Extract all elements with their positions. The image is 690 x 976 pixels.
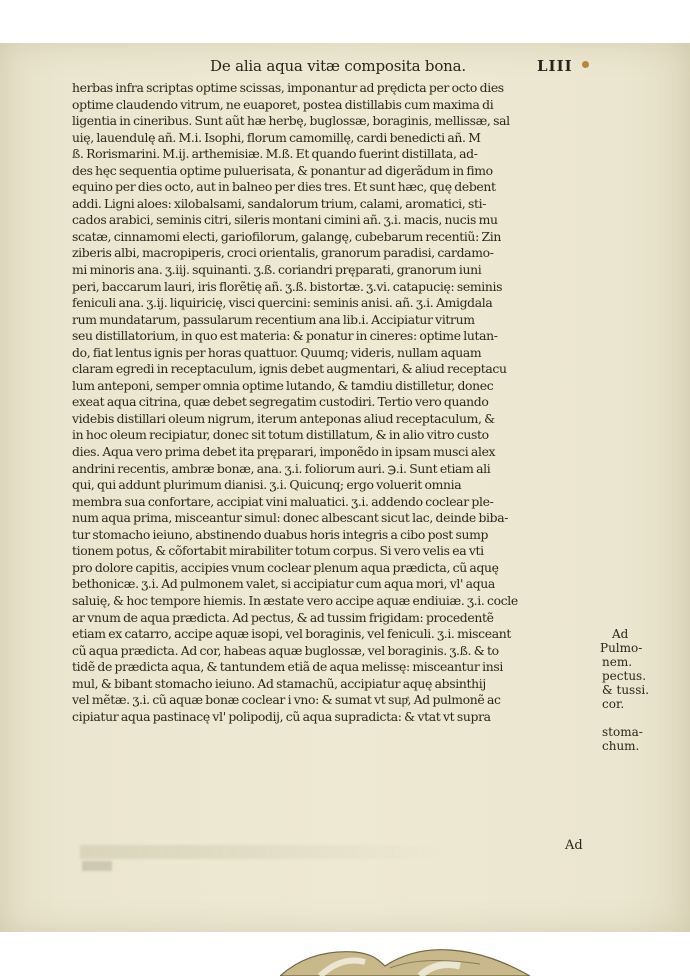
text-line: lum anteponi, semper omnia optime lutand… xyxy=(72,378,600,395)
margin-note: chum. xyxy=(600,739,680,753)
text-line: etiam ex catarro, accipe aquæ isopi, vel… xyxy=(72,626,600,643)
text-line: addi. Ligni aloes: xilobalsami, sandalor… xyxy=(72,196,600,213)
text-line: des hęc sequentia optime puluerisata, & … xyxy=(72,163,600,180)
page-header: De alia aqua vitæ composita bona. LIII xyxy=(0,57,690,77)
text-line: tur stomacho ieiuno, abstinendo duabus h… xyxy=(72,527,600,544)
margin-note: stoma- xyxy=(600,725,680,739)
text-line: bethonicæ. ʒ.i. Ad pulmonem valet, si ac… xyxy=(72,576,600,593)
margin-note: nem. xyxy=(600,655,680,669)
main-text-block: herbas infra scriptas optime scissas, im… xyxy=(72,80,600,725)
margin-note: Pulmo- xyxy=(600,641,680,655)
show-through-text xyxy=(80,845,440,859)
text-line: qui, qui addunt plurimum dianisi. ʒ.i. Q… xyxy=(72,477,600,494)
text-line: videbis distillari oleum nigrum, iterum … xyxy=(72,411,600,428)
catchword: Ad xyxy=(565,838,583,853)
binding-clasp-icon xyxy=(280,948,530,976)
text-line: andrini recentis, ambræ bonæ, ana. ʒ.i. … xyxy=(72,461,600,478)
text-line: tionem potus, & cõfortabit mirabiliter t… xyxy=(72,543,600,560)
book-page: De alia aqua vitæ composita bona. LIII h… xyxy=(0,43,690,932)
text-line: claram egredi in receptaculum, ignis deb… xyxy=(72,361,600,378)
text-line: ziberis albi, macropiperis, croci orient… xyxy=(72,245,600,262)
text-line: feniculi ana. ʒ.ij. liquiricię, visci qu… xyxy=(72,295,600,312)
show-through-mark xyxy=(82,861,112,871)
text-line: peri, baccarum lauri, iris florẽtię añ. … xyxy=(72,279,600,296)
margin-note: cor. xyxy=(600,697,680,711)
text-line: ß. Rorismarini. M.ij. arthemisiæ. M.ß. E… xyxy=(72,146,600,163)
text-line: do, fiat lentus ignis per horas quattuor… xyxy=(72,345,600,362)
text-line: dies. Aqua vero prima debet ita pręparar… xyxy=(72,444,600,461)
folio-number: LIII xyxy=(537,57,573,75)
text-line: rum mundatarum, passularum recentium ana… xyxy=(72,312,600,329)
text-line: tidẽ de prædicta aqua, & tantundem etiã … xyxy=(72,659,600,676)
text-line: ar vnum de aqua prædicta. Ad pectus, & a… xyxy=(72,610,600,627)
text-line: seu distillatorium, in quo est materia: … xyxy=(72,328,600,345)
margin-note: pectus. xyxy=(600,669,680,683)
text-line: membra sua confortare, accipiat vini mal… xyxy=(72,494,600,511)
marginal-notes: AdPulmo-nem.pectus.& tussi.cor.stoma-chu… xyxy=(600,627,680,753)
text-line: cũ aqua prædicta. Ad cor, habeas aquæ bu… xyxy=(72,643,600,660)
text-line: exeat aqua citrina, quæ debet segregatim… xyxy=(72,394,600,411)
text-line: mul, & bibant stomacho ieiuno. Ad stamac… xyxy=(72,676,600,693)
text-line: equino per dies octo, aut in balneo per … xyxy=(72,179,600,196)
text-line: herbas infra scriptas optime scissas, im… xyxy=(72,80,600,97)
text-line: optime claudendo vitrum, ne euaporet, po… xyxy=(72,97,600,114)
text-line: in hoc oleum recipiatur, donec sit totum… xyxy=(72,427,600,444)
margin-note: & tussi. xyxy=(600,683,680,697)
text-line: saluię, & hoc tempore hiemis. In æstate … xyxy=(72,593,600,610)
text-line: vel mẽtæ. ʒ.i. cũ aquæ bonæ coclear i vn… xyxy=(72,692,600,709)
text-line: cados arabici, seminis citri, sileris mo… xyxy=(72,212,600,229)
text-line: ligentia in cineribus. Sunt aũt hæ herbę… xyxy=(72,113,600,130)
text-line: uię, lauendulę añ. M.i. Isophi, florum c… xyxy=(72,130,600,147)
running-title: De alia aqua vitæ composita bona. xyxy=(210,57,466,75)
text-line: scatæ, cinnamomi electi, gariofilorum, g… xyxy=(72,229,600,246)
text-line: mi minoris ana. ʒ.iij. squinanti. ʒ.ß. c… xyxy=(72,262,600,279)
margin-note: Ad xyxy=(600,627,680,641)
text-line: num aqua prima, misceantur simul: donec … xyxy=(72,510,600,527)
ink-stain xyxy=(582,61,589,68)
text-line: cipiatur aqua pastinacę vl' polipodij, c… xyxy=(72,709,600,726)
text-line: pro dolore capitis, accipies vnum coclea… xyxy=(72,560,600,577)
